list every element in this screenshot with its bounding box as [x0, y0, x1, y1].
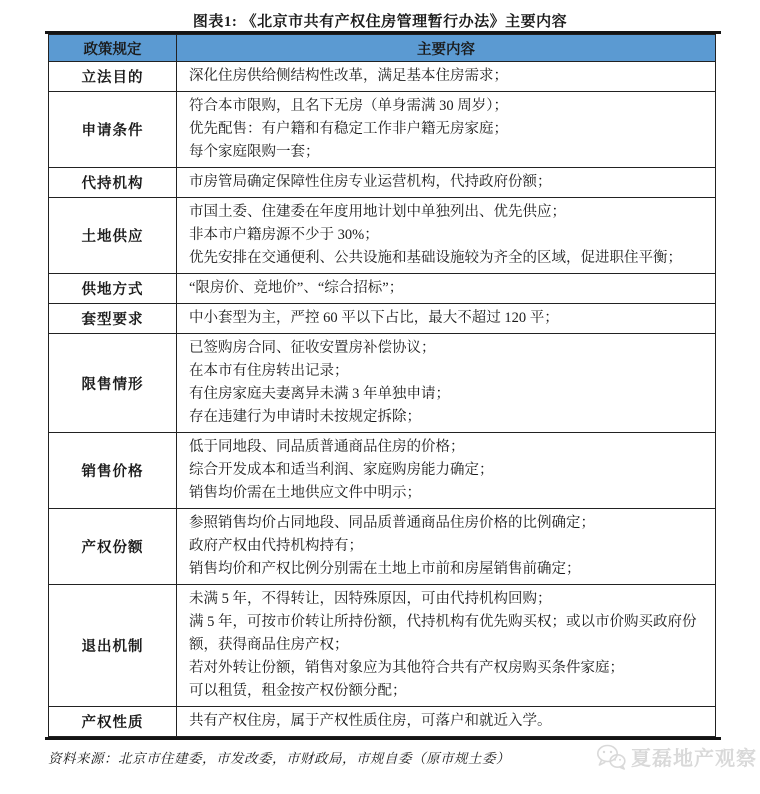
table-row: 立法目的深化住房供给侧结构性改革，满足基本住房需求；: [49, 62, 716, 92]
content-line: 销售均价需在土地供应文件中明示；: [189, 482, 707, 505]
policy-table: 政策规定 主要内容 立法目的深化住房供给侧结构性改革，满足基本住房需求；申请条件…: [48, 34, 716, 737]
policy-label: 申请条件: [49, 92, 177, 168]
policy-content: 深化住房供给侧结构性改革，满足基本住房需求；: [177, 62, 716, 92]
policy-label: 销售价格: [49, 433, 177, 509]
content-line: 综合开发成本和适当利润、家庭购房能力确定；: [189, 459, 707, 482]
table-row: 销售价格低于同地段、同品质普通商品住房的价格；综合开发成本和适当利润、家庭购房能…: [49, 433, 716, 509]
table-row: 申请条件符合本市限购，且名下无房（单身需满 30 周岁）；优先配售：有户籍和有稳…: [49, 92, 716, 168]
table-header-row: 政策规定 主要内容: [49, 35, 716, 62]
table-row: 退出机制未满 5 年，不得转让，因特殊原因，可由代持机构回购；满 5 年，可按市…: [49, 585, 716, 707]
table-body: 立法目的深化住房供给侧结构性改革，满足基本住房需求；申请条件符合本市限购，且名下…: [49, 62, 716, 737]
content-line: 存在违建行为申请时未按规定拆除；: [189, 406, 707, 429]
content-line: 深化住房供给侧结构性改革，满足基本住房需求；: [189, 65, 707, 88]
content-line: 政府产权由代持机构持有；: [189, 535, 707, 558]
content-line: 符合本市限购，且名下无房（单身需满 30 周岁）；: [189, 95, 707, 118]
watermark: 夏磊地产观察: [596, 742, 757, 771]
policy-label: 限售情形: [49, 334, 177, 433]
content-line: 市房管局确定保障性住房专业运营机构，代持政府份额；: [189, 171, 707, 194]
content-line: 已签购房合同、征收安置房补偿协议；: [189, 337, 707, 360]
content-line: 在本市有住房转出记录；: [189, 360, 707, 383]
watermark-text: 夏磊地产观察: [631, 742, 757, 771]
policy-content: 共有产权住房，属于产权性质住房，可落户和就近入学。: [177, 707, 716, 737]
table-row: 代持机构市房管局确定保障性住房专业运营机构，代持政府份额；: [49, 168, 716, 198]
column-header-content: 主要内容: [177, 35, 716, 62]
policy-content: 未满 5 年，不得转让，因特殊原因，可由代持机构回购；满 5 年，可按市价转让所…: [177, 585, 716, 707]
report-figure-page: 图表1: 《北京市共有产权住房管理暂行办法》主要内容 政策规定 主要内容 立法目…: [0, 0, 760, 794]
content-line: 可以租赁，租金按产权份额分配；: [189, 680, 707, 703]
policy-content: 市国土委、住建委在年度用地计划中单独列出、优先供应；非本市户籍房源不少于 30%…: [177, 198, 716, 274]
content-line: 非本市户籍房源不少于 30%；: [189, 224, 707, 247]
table-row: 产权性质共有产权住房，属于产权性质住房，可落户和就近入学。: [49, 707, 716, 737]
content-line: 参照销售均价占同地段、同品质普通商品住房价格的比例确定；: [189, 512, 707, 535]
column-header-policy: 政策规定: [49, 35, 177, 62]
table-row: 限售情形已签购房合同、征收安置房补偿协议；在本市有住房转出记录；有住房家庭夫妻离…: [49, 334, 716, 433]
wechat-icon: [596, 744, 626, 770]
policy-content: 市房管局确定保障性住房专业运营机构，代持政府份额；: [177, 168, 716, 198]
policy-content: “限房价、竞地价”、“综合招标”；: [177, 274, 716, 304]
table-row: 产权份额参照销售均价占同地段、同品质普通商品住房价格的比例确定；政府产权由代持机…: [49, 509, 716, 585]
content-line: 市国土委、住建委在年度用地计划中单独列出、优先供应；: [189, 201, 707, 224]
policy-label: 代持机构: [49, 168, 177, 198]
policy-content: 已签购房合同、征收安置房补偿协议；在本市有住房转出记录；有住房家庭夫妻离异未满 …: [177, 334, 716, 433]
policy-label: 供地方式: [49, 274, 177, 304]
content-line: 优先配售：有户籍和有稳定工作非户籍无房家庭；: [189, 118, 707, 141]
content-line: “限房价、竞地价”、“综合招标”；: [189, 277, 707, 300]
content-line: 共有产权住房，属于产权性质住房，可落户和就近入学。: [189, 710, 707, 733]
policy-label: 土地供应: [49, 198, 177, 274]
figure-title: 图表1: 《北京市共有产权住房管理暂行办法》主要内容: [0, 0, 760, 31]
content-line: 未满 5 年，不得转让，因特殊原因，可由代持机构回购；: [189, 588, 707, 611]
policy-label: 套型要求: [49, 304, 177, 334]
policy-label: 产权性质: [49, 707, 177, 737]
content-line: 低于同地段、同品质普通商品住房的价格；: [189, 436, 707, 459]
policy-label: 退出机制: [49, 585, 177, 707]
policy-label: 产权份额: [49, 509, 177, 585]
policy-label: 立法目的: [49, 62, 177, 92]
table-row: 土地供应市国土委、住建委在年度用地计划中单独列出、优先供应；非本市户籍房源不少于…: [49, 198, 716, 274]
policy-content: 符合本市限购，且名下无房（单身需满 30 周岁）；优先配售：有户籍和有稳定工作非…: [177, 92, 716, 168]
policy-content: 低于同地段、同品质普通商品住房的价格；综合开发成本和适当利润、家庭购房能力确定；…: [177, 433, 716, 509]
table-row: 套型要求中小套型为主，严控 60 平以下占比，最大不超过 120 平；: [49, 304, 716, 334]
content-line: 中小套型为主，严控 60 平以下占比，最大不超过 120 平；: [189, 307, 707, 330]
policy-content: 参照销售均价占同地段、同品质普通商品住房价格的比例确定；政府产权由代持机构持有；…: [177, 509, 716, 585]
content-line: 满 5 年，可按市价转让所持份额，代持机构有优先购买权；或以市价购买政府份额，获…: [189, 611, 707, 657]
content-line: 若对外转让份额，销售对象应为其他符合共有产权房购买条件家庭；: [189, 657, 707, 680]
policy-content: 中小套型为主，严控 60 平以下占比，最大不超过 120 平；: [177, 304, 716, 334]
footer: 资料来源：北京市住建委，市发改委，市财政局，市规自委（原市规土委）: [48, 740, 716, 767]
content-line: 有住房家庭夫妻离异未满 3 年单独申请；: [189, 383, 707, 406]
content-line: 优先安排在交通便利、公共设施和基础设施较为齐全的区域，促进职住平衡；: [189, 247, 707, 270]
content-line: 销售均价和产权比例分别需在土地上市前和房屋销售前确定；: [189, 558, 707, 581]
content-line: 每个家庭限购一套；: [189, 141, 707, 164]
table-row: 供地方式“限房价、竞地价”、“综合招标”；: [49, 274, 716, 304]
